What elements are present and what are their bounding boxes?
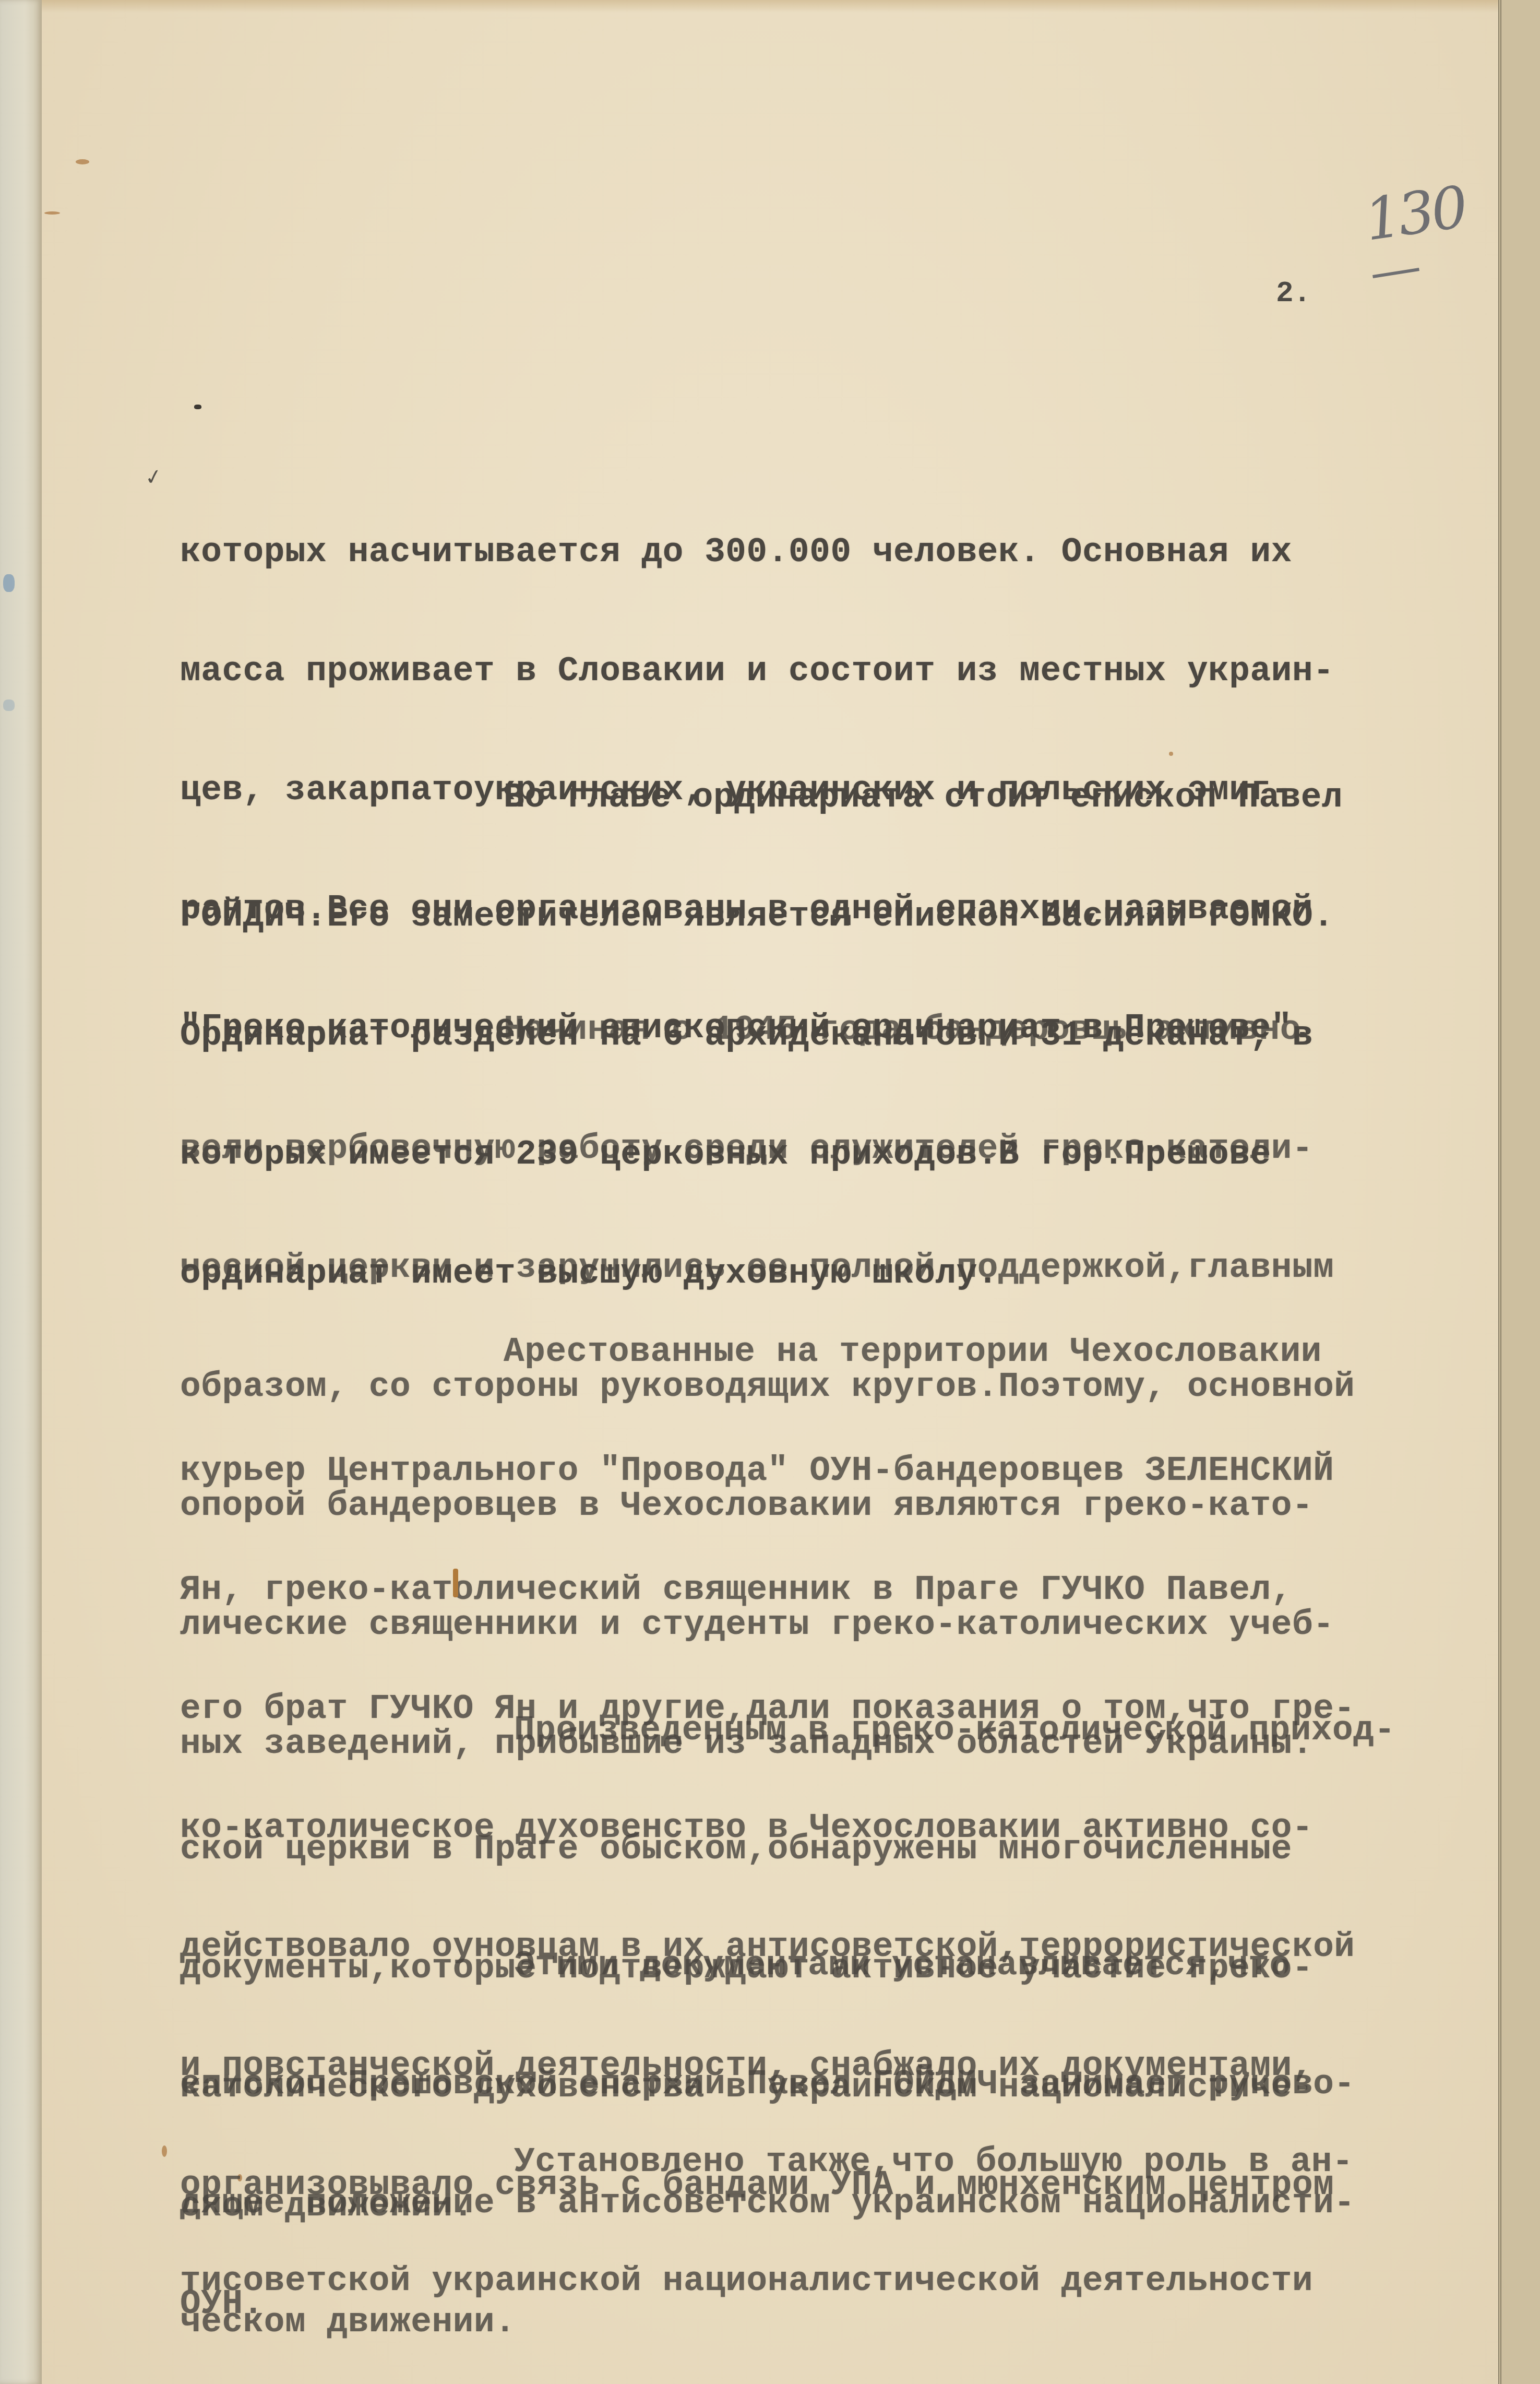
text-line: ской церкви в Праге обыском,обнаружены м…: [180, 1830, 1516, 1869]
paper-stain: [44, 211, 60, 215]
text-line: тисоветской украинской националистическо…: [180, 2261, 1516, 2301]
paper-stain: [162, 2145, 167, 2157]
text-line: вели вербовочную работу среди служителей…: [180, 1129, 1516, 1169]
text-line: масса проживает в Словакии и состоит из …: [180, 651, 1516, 691]
pencil-mark: [453, 1569, 458, 1597]
page-top-edge: [42, 0, 1498, 13]
text-line: Арестованные на территории Чехословакии: [180, 1332, 1516, 1372]
text-line: Во главе ординариата стоит епископ Павел: [180, 778, 1516, 817]
page-number: 2.: [1276, 277, 1311, 310]
text-line: Ян, греко-католический священник в Праге…: [180, 1570, 1516, 1610]
text-line: Этими документами устанавливается,что: [180, 1946, 1516, 1985]
ink-stain-mark: [3, 699, 15, 711]
text-line: которых насчитывается до 300.000 человек…: [180, 532, 1516, 572]
binding-strip: [0, 0, 42, 2384]
ink-stain-mark: [3, 574, 15, 592]
paper-stain: [76, 159, 89, 164]
text-line: курьер Центрального "Провода" ОУН-бандер…: [180, 1451, 1516, 1491]
handwritten-folio-number: 130: [1360, 173, 1469, 253]
text-line: Произведенным в греко-католической прихо…: [180, 1711, 1516, 1750]
text-line: Начиная с 1945 года бандеровцы активно: [180, 1010, 1516, 1050]
typewriter-dot: [194, 405, 201, 409]
text-line: Установлено также,что большую роль в ан-: [180, 2142, 1516, 2182]
paragraph-7: Установлено также,что большую роль в ан-…: [180, 2063, 1516, 2341]
